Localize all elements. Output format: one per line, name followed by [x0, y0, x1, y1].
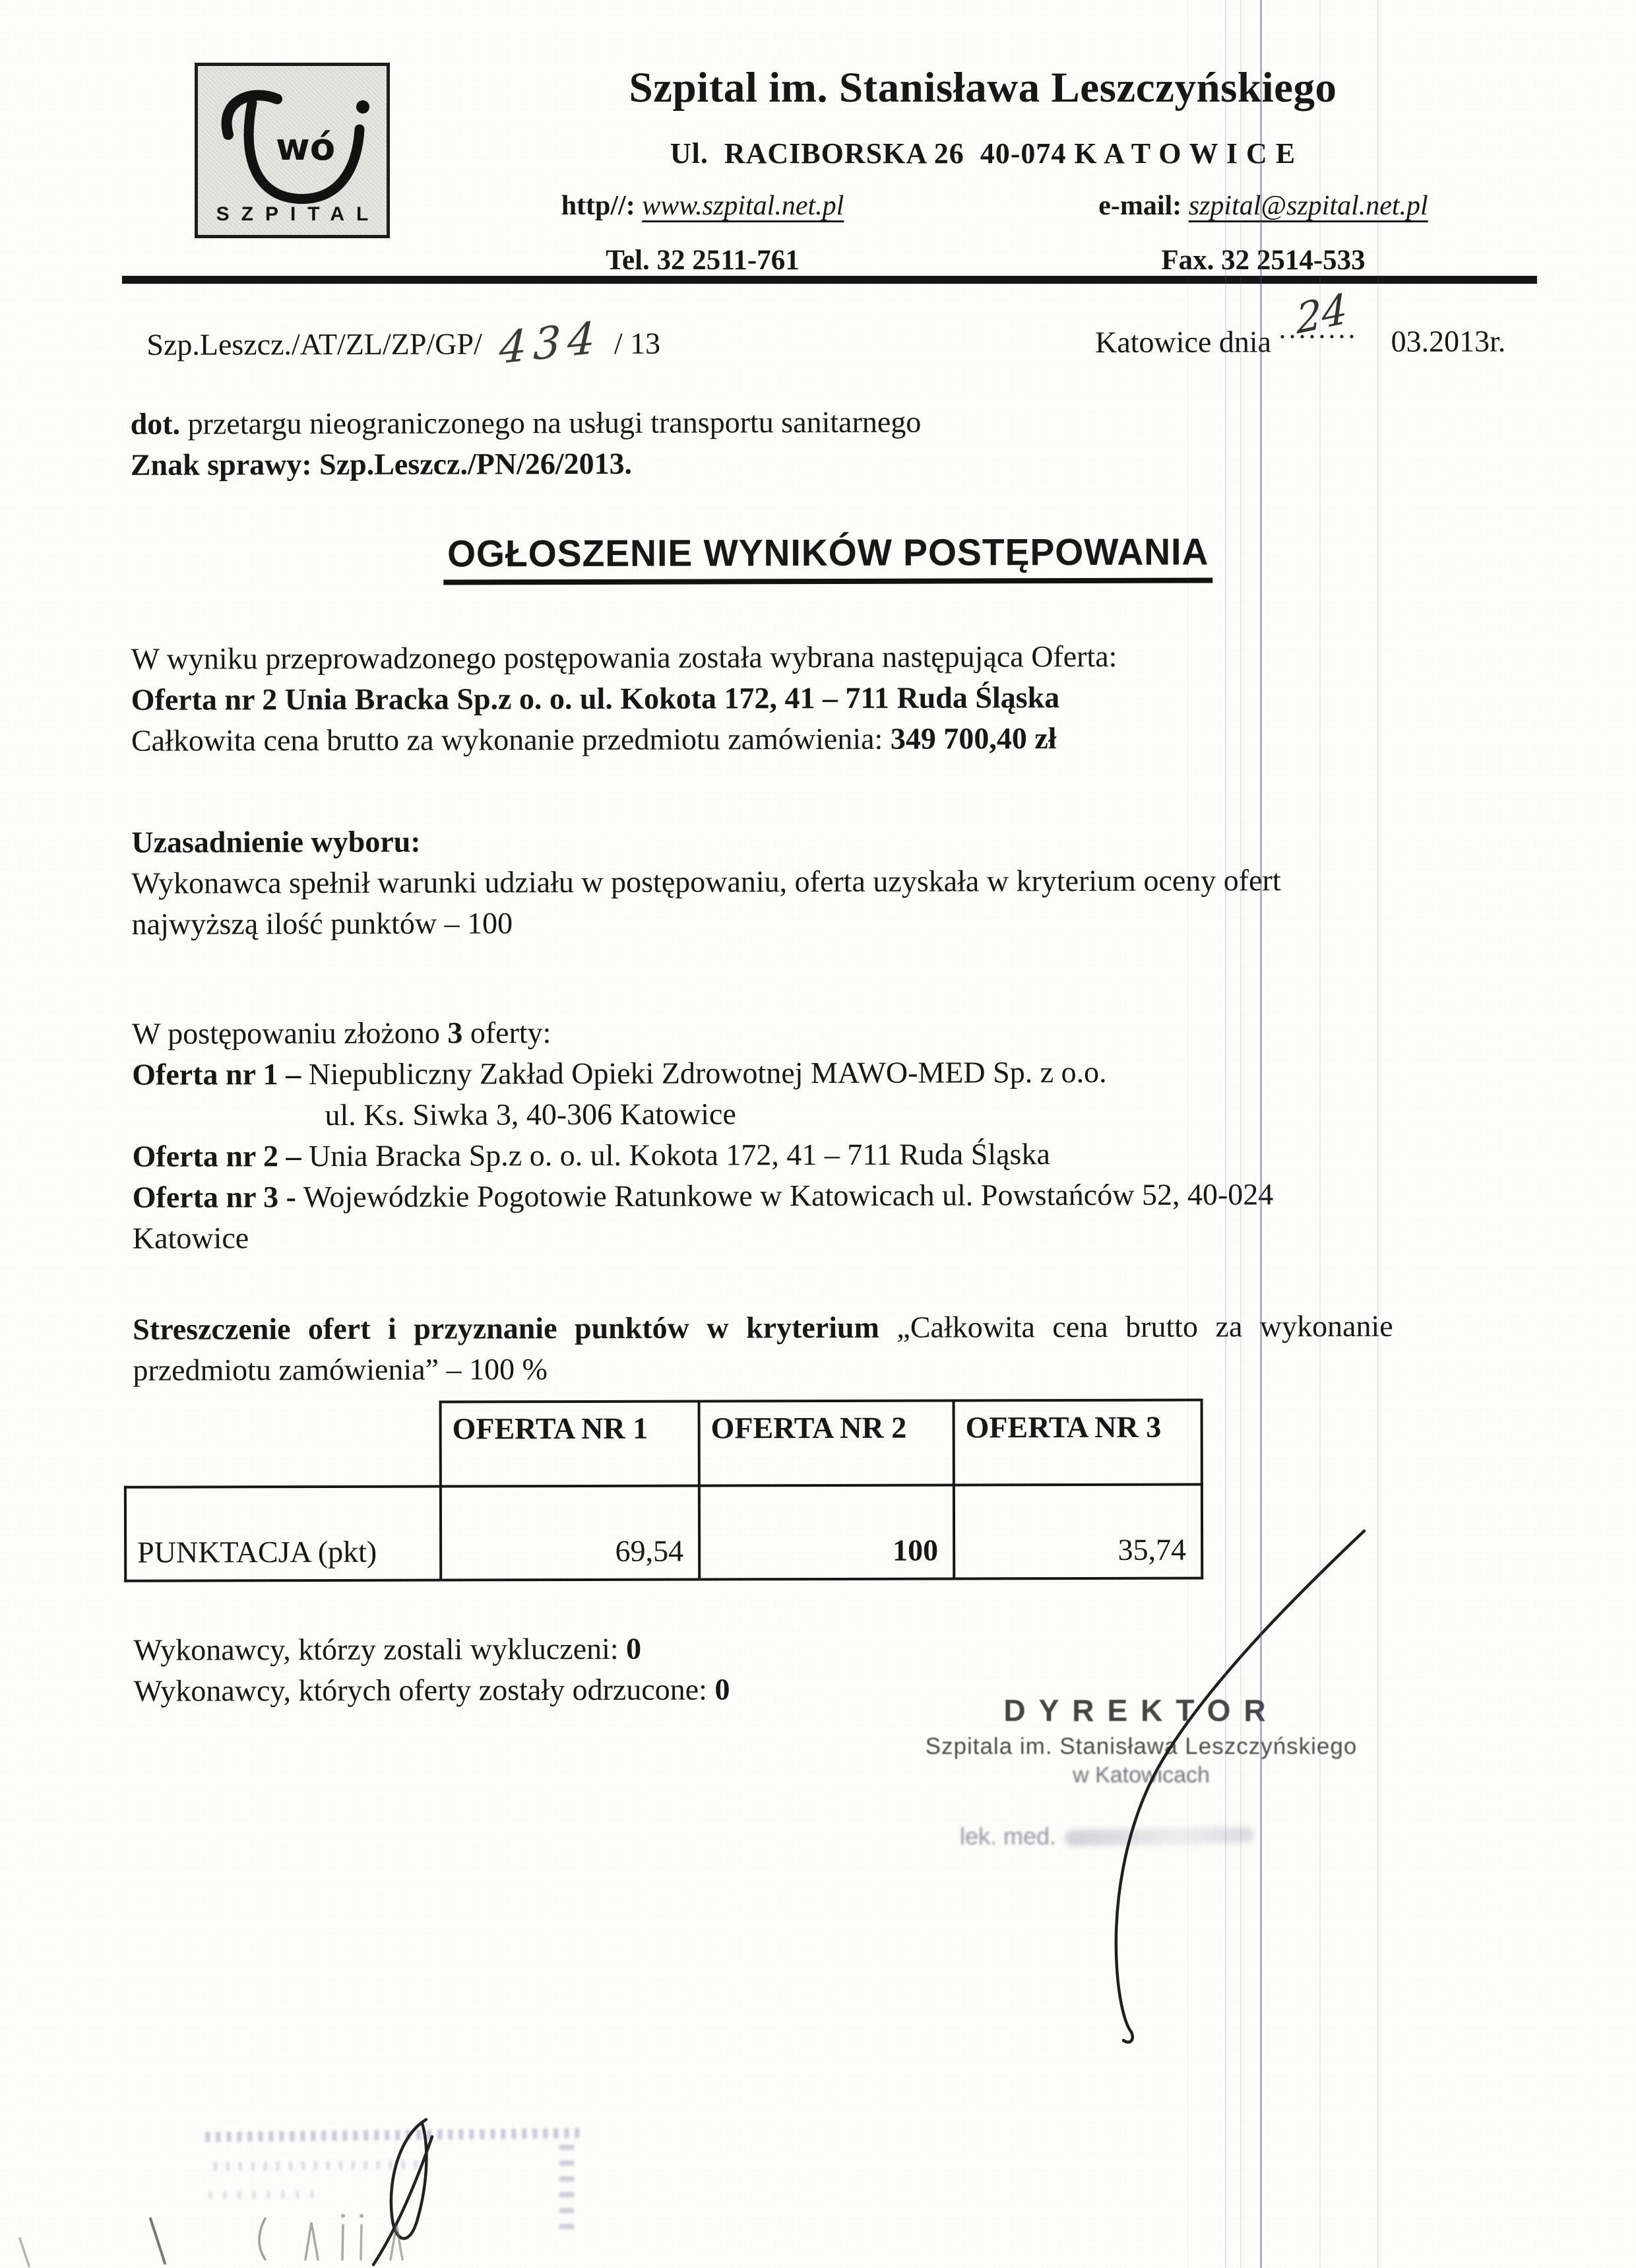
hospital-name: Szpital im. Stanisława Leszczyńskiego [422, 63, 1544, 113]
header-divider [122, 276, 1537, 284]
subject-dot-label: dot. [131, 407, 181, 441]
offer-3-text: Wojewódzkie Pogotowie Ratunkowe w Katowi… [296, 1177, 1273, 1214]
excluded-line1: Wykonawcy, którzy zostali wykluczeni: 0 [133, 1626, 1528, 1671]
excluded-line1-value: 0 [626, 1632, 641, 1666]
offers-block: W postępowaniu złożono 3 oferty: Oferta … [132, 1010, 1528, 1259]
document-title: OGŁOSZENIE WYNIKÓW POSTĘPOWANIA [444, 531, 1213, 585]
subject-text: przetargu nieograniczonego na usługi tra… [180, 405, 921, 441]
date-printed: 03.2013r. [1391, 321, 1505, 362]
reference-suffix: / 13 [614, 323, 660, 364]
score-offer3: 35,74 [954, 1485, 1202, 1579]
offer-1-label: Oferta nr 1 – [132, 1057, 301, 1091]
justification-line1: Wykonawca spełnił warunki udziału w post… [131, 859, 1526, 904]
table-blank-cell [125, 1402, 441, 1487]
table-header-offer1: OFERTA NR 1 [441, 1402, 699, 1487]
offer-1-text: Niepubliczny Zakład Opieki Zdrowotnej MA… [301, 1055, 1107, 1091]
offers-intro-prefix: W postępowaniu złożono [132, 1016, 447, 1051]
handwritten-reference-number: 434 [499, 317, 602, 369]
summary-line1: Streszczenie ofert i przyznanie punktów … [133, 1305, 1528, 1350]
offers-intro: W postępowaniu złożono 3 oferty: [132, 1010, 1527, 1054]
offer-1-address: ul. Ks. Siwka 3, 40-306 Katowice [132, 1091, 1527, 1136]
title-wrap: OGŁOSZENIE WYNIKÓW POSTĘPOWANIA [131, 531, 1526, 586]
logo-caption: SZPITAL [198, 203, 387, 226]
logo-script-letters: wó [276, 126, 335, 169]
document-body: Szp.Leszcz./AT/ZL/ZP/GP/434/ 13 Katowice… [130, 316, 1529, 1712]
telfax-row: Tel. 32 2511-761 Fax. 32 2514-533 [422, 244, 1544, 276]
hospital-address: Ul. RACIBORSKA 26 40-074 K A T O W I C E [422, 137, 1544, 170]
stamp-city-line: w Katowicach [924, 1763, 1359, 1788]
offer-3-label: Oferta nr 3 - [133, 1180, 296, 1214]
excluded-line2-value: 0 [714, 1672, 730, 1706]
case-number-line: Znak sprawy: Szp.Leszcz./PN/26/2013. [131, 441, 1526, 486]
table-header-row: OFERTA NR 1 OFERTA NR 2 OFERTA NR 3 [125, 1400, 1202, 1487]
stamp-doctor-line: lek. med. [924, 1823, 1359, 1850]
email-label: e-mail: [1098, 191, 1188, 221]
justification-line2: najwyższą ilość punktów – 100 [132, 900, 1527, 945]
stamp-doctor-label: lek. med. [960, 1823, 1056, 1850]
offer-item-3: Oferta nr 3 - Wojewódzkie Pogotowie Ratu… [133, 1173, 1528, 1218]
letterhead: wó SZPITAL Szpital im. Stanisława Leszcz… [0, 0, 1636, 259]
table-header-offer2: OFERTA NR 2 [699, 1401, 954, 1486]
summary-normal-part: „Całkowita cena brutto za wykonanie [879, 1309, 1393, 1344]
justification-paragraph: Uzasadnienie wyboru: Wykonawca spełnił w… [131, 818, 1526, 945]
director-stamp: DYREKTOR Szpitala im. Stanisława Leszczy… [924, 1693, 1359, 1850]
summary-bold-part: Streszczenie ofert i przyznanie punktów … [133, 1311, 879, 1346]
excluded-line1-text: Wykonawcy, którzy zostali wykluczeni: [133, 1632, 626, 1667]
score-offer1: 69,54 [441, 1486, 699, 1580]
reference-line: Szp.Leszcz./AT/ZL/ZP/GP/434/ 13 Katowice… [130, 316, 1525, 366]
stamp-title: DYREKTOR [924, 1693, 1359, 1728]
table-row-label: PUNKTACJA (pkt) [125, 1487, 441, 1581]
offer-item-2: Oferta nr 2 – Unia Bracka Sp.z o. o. ul.… [132, 1132, 1527, 1177]
fax-number: Fax. 32 2514-533 [983, 244, 1544, 276]
website-cell: http//: www.szpital.net.pl [422, 190, 983, 222]
offers-count: 3 [447, 1016, 462, 1049]
date-dotted-line: ........ [1278, 308, 1358, 349]
justification-heading: Uzasadnienie wyboru: [131, 818, 1526, 863]
score-offer2: 100 [699, 1485, 954, 1580]
score-table: OFERTA NR 1 OFERTA NR 2 OFERTA NR 3 PUNK… [124, 1399, 1204, 1582]
subject-block: dot. przetargu nieograniczonego na usług… [131, 400, 1526, 486]
illegible-smudge [1065, 1827, 1253, 1846]
hospital-logo: wó SZPITAL [195, 63, 390, 238]
result-paragraph: W wyniku przeprowadzonego postępowania z… [131, 635, 1526, 761]
excluded-line2-text: Wykonawcy, których oferty zostały odrzuc… [134, 1672, 715, 1707]
reference-prefix: Szp.Leszcz./AT/ZL/ZP/GP/ [146, 323, 482, 365]
letterhead-center: Szpital im. Stanisława Leszczyńskiego Ul… [422, 63, 1544, 276]
phone-number: Tel. 32 2511-761 [422, 244, 983, 276]
email-cell: e-mail: szpital@szpital.net.pl [983, 190, 1544, 222]
place-date-label: Katowice dnia [1095, 321, 1279, 363]
price-label: Całkowita cena brutto za wykonanie przed… [131, 722, 891, 758]
http-label: http//: [561, 191, 643, 221]
stamp-hospital-line: Szpitala im. Stanisława Leszczyńskiego [924, 1733, 1359, 1760]
bleed-through-column [559, 2143, 574, 2229]
offer-item-1: Oferta nr 1 – Niepubliczny Zakład Opieki… [132, 1051, 1527, 1095]
email-link: szpital@szpital.net.pl [1189, 191, 1428, 221]
table-data-row: PUNKTACJA (pkt) 69,54 100 35,74 [125, 1485, 1202, 1581]
offer-2-text: Unia Bracka Sp.z o. o. ul. Kokota 172, 4… [301, 1137, 1050, 1173]
result-price-line: Całkowita cena brutto za wykonanie przed… [131, 717, 1526, 761]
offers-intro-suffix: oferty: [462, 1016, 551, 1049]
bleed-through-stamp [205, 2124, 582, 2227]
document-page: wó SZPITAL Szpital im. Stanisława Leszcz… [0, 0, 1636, 2268]
offer-2-label: Oferta nr 2 – [132, 1139, 301, 1173]
result-winner-line: Oferta nr 2 Unia Bracka Sp.z o. o. ul. K… [131, 676, 1526, 721]
place-date: Katowice dnia 24........03.2013r. [1095, 321, 1505, 363]
summary-paragraph: Streszczenie ofert i przyznanie punktów … [133, 1305, 1528, 1391]
table-header-offer3: OFERTA NR 3 [954, 1400, 1202, 1485]
price-value: 349 700,40 zł [891, 721, 1057, 756]
subject-line: dot. przetargu nieograniczonego na usług… [131, 400, 1526, 445]
offer-3-wrap-line: Katowice [133, 1214, 1528, 1259]
website-link: www.szpital.net.pl [642, 191, 844, 221]
summary-line2: przedmiotu zamówienia” – 100 % [133, 1346, 1528, 1391]
contact-row: http//: www.szpital.net.pl e-mail: szpit… [422, 190, 1544, 222]
result-line1: W wyniku przeprowadzonego postępowania z… [131, 635, 1526, 680]
